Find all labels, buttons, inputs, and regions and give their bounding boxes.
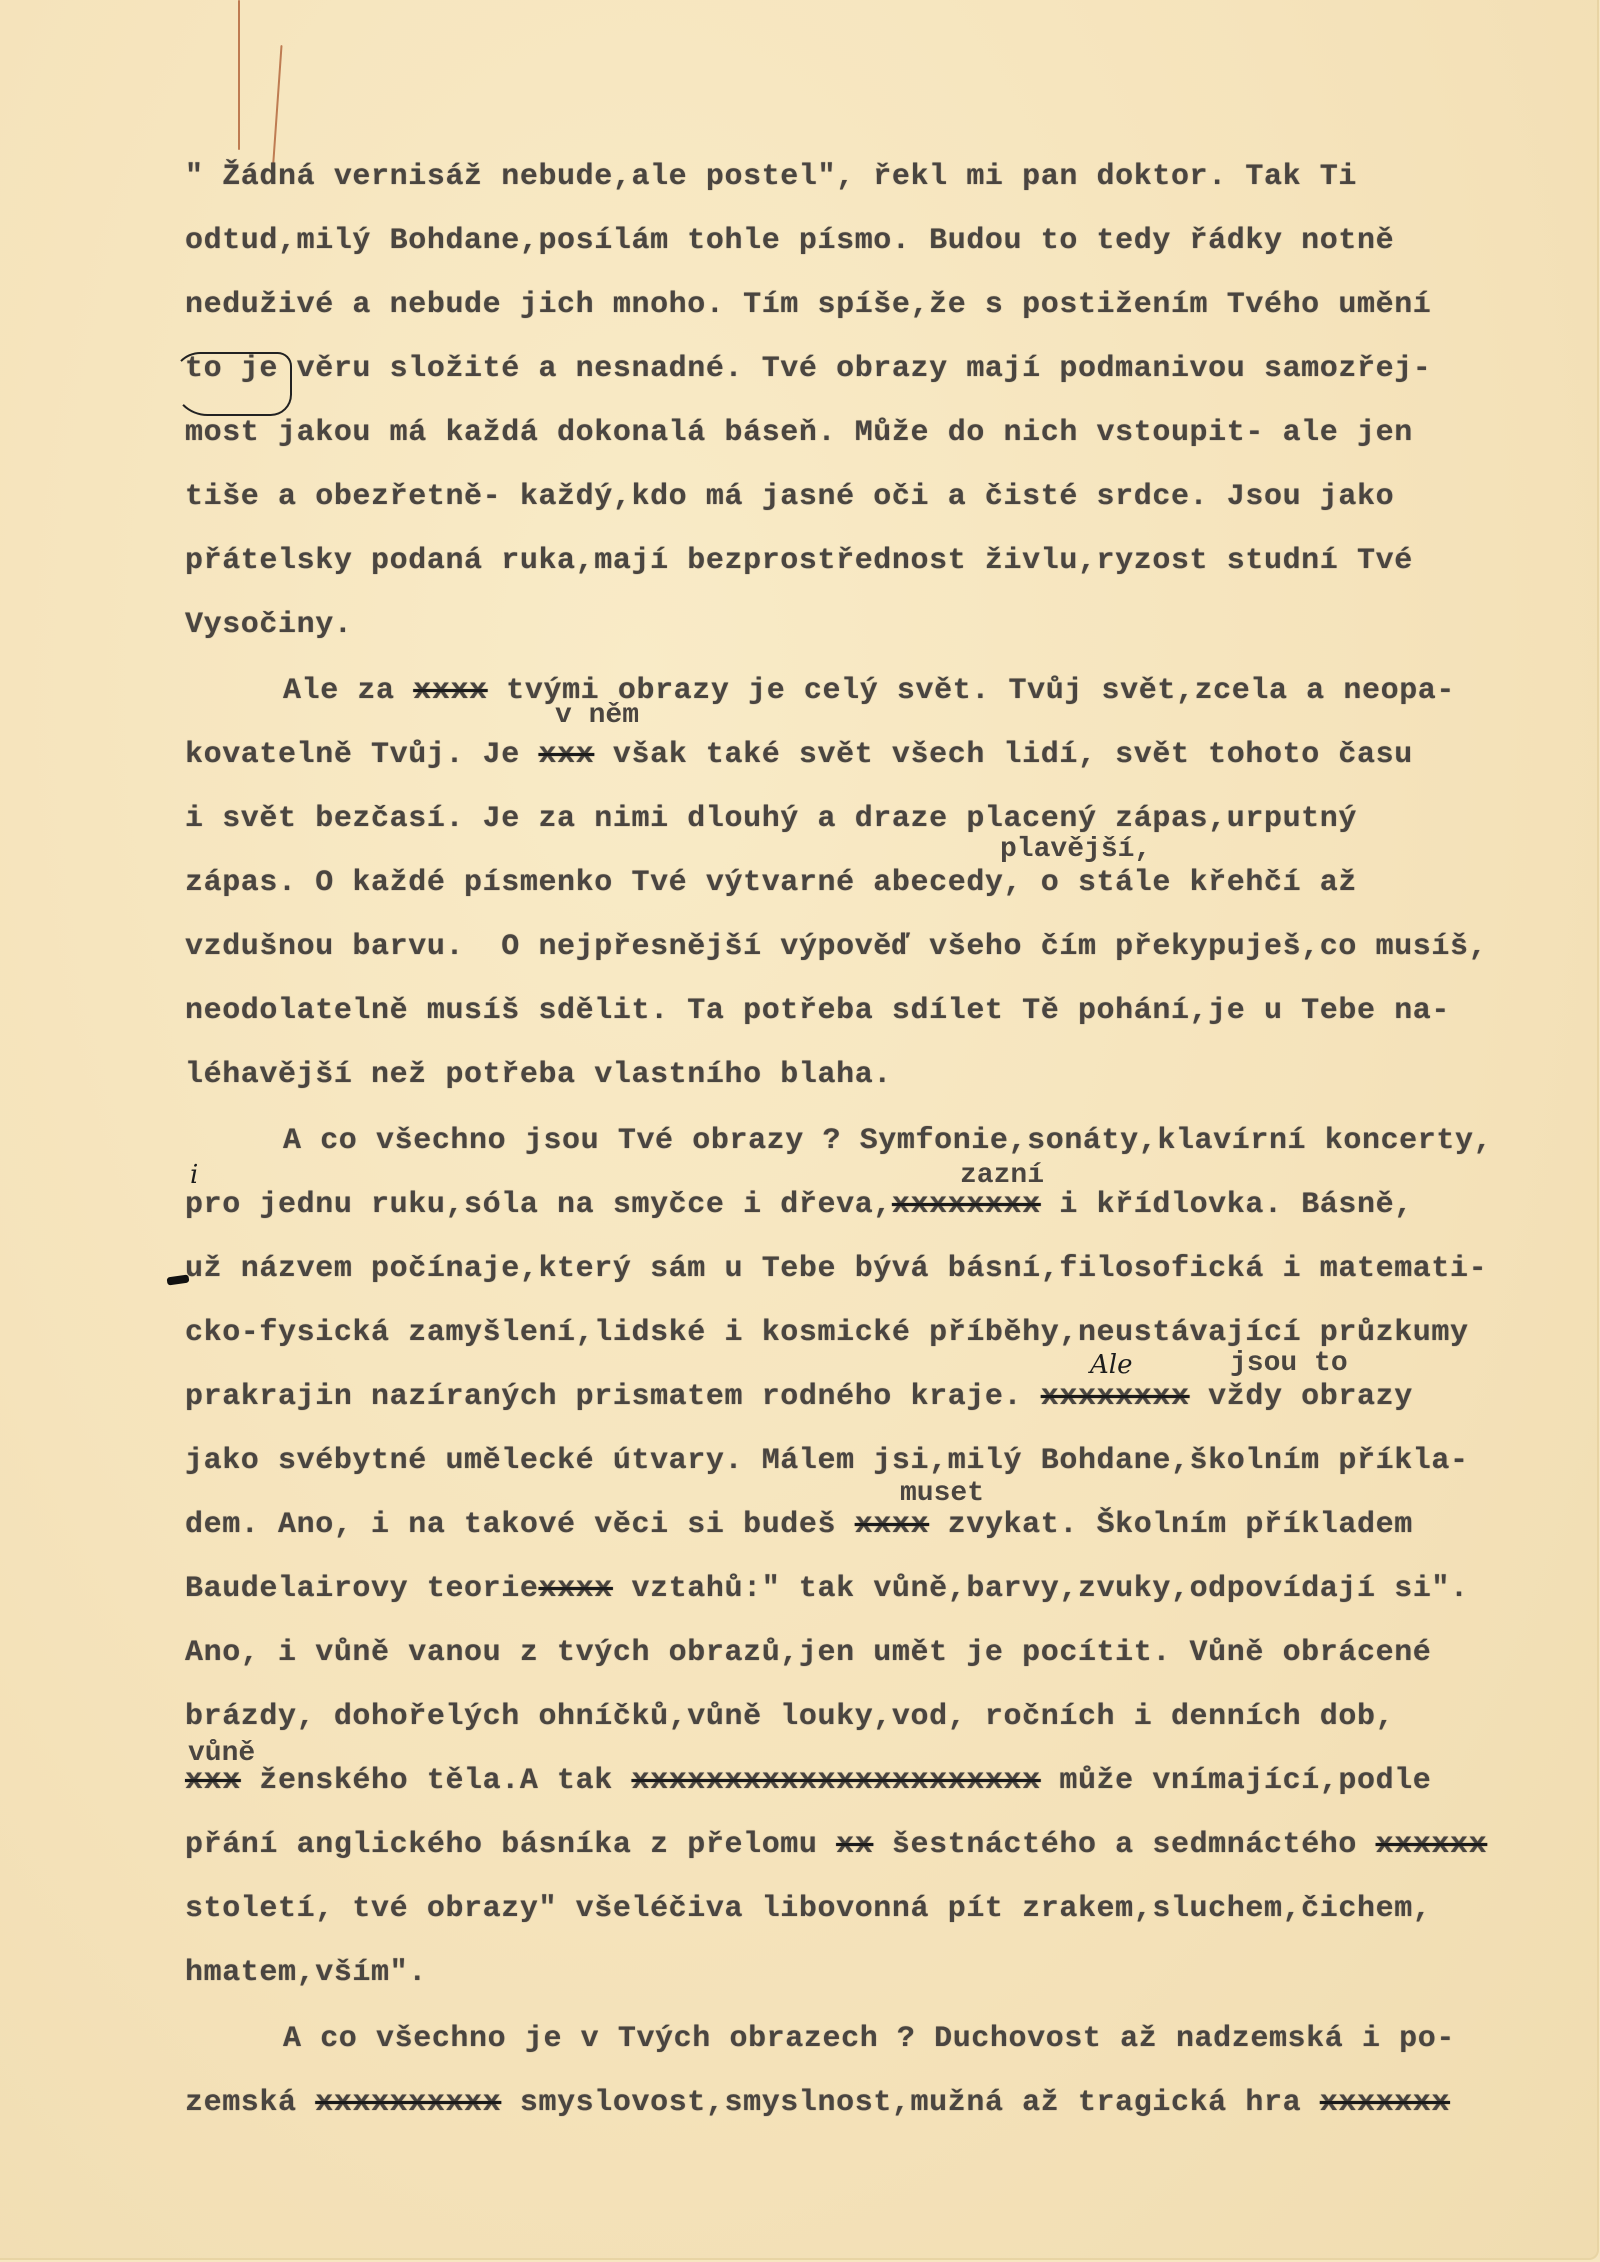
text-line: Vysočiny. — [185, 608, 352, 642]
text-line: A co všechno jsou Tvé obrazy ? Symfonie,… — [283, 1124, 1492, 1158]
handwritten-insertion: v něm — [555, 700, 639, 731]
text-line: A co všechno je v Tvých obrazech ? Ducho… — [283, 2022, 1455, 2056]
text-line: přátelsky podaná ruka,mají bezprostředno… — [185, 544, 1413, 578]
struck-out-word: xxxxxxxxxxxxxxxxxxxxxx — [631, 1764, 1040, 1798]
handwritten-insertion: Ale — [1090, 1350, 1132, 1380]
text-line: brázdy, dohořelých ohníčků,vůně louky,vo… — [185, 1700, 1394, 1734]
text-line: Ale za xxxx tvými obrazy je celý svět. T… — [283, 674, 1455, 708]
handwritten-insertion: zazní — [960, 1160, 1044, 1191]
struck-out-word: xxxxxxx — [1320, 2086, 1450, 2120]
struck-out-word: xxxxxx — [1376, 1828, 1488, 1862]
text-line: století, tvé obrazy" všeléčiva libovonná… — [185, 1892, 1431, 1926]
struck-out-word: xxxx — [413, 674, 487, 708]
text-line: zemská xxxxxxxxxx smyslovost,smyslnost,m… — [185, 2086, 1450, 2120]
text-line: Ano, i vůně vanou z tvých obrazů,jen umě… — [185, 1636, 1431, 1670]
text-line: Baudelairovy teoriexxxx vztahů:" tak vůn… — [185, 1572, 1469, 1606]
text-line: neodolatelně musíš sdělit. Ta potřeba sd… — [185, 994, 1450, 1028]
struck-out-word: xxxxxxxx — [1041, 1380, 1190, 1414]
text-line: " Žádná vernisáž nebude,ale postel", řek… — [185, 160, 1357, 194]
text-line: cko-fysická zamyšlení,lidské i kosmické … — [185, 1316, 1469, 1350]
text-line: prakrajin nazíraných prismatem rodného k… — [185, 1380, 1413, 1414]
text-line: kovatelně Tvůj. Je xxx však také svět vš… — [185, 738, 1413, 772]
struck-out-word: xxxx — [538, 1572, 612, 1606]
text-line: už názvem počínaje,který sám u Tebe bývá… — [185, 1252, 1487, 1286]
text-line: hmatem,vším". — [185, 1956, 427, 1990]
struck-out-word: xx — [836, 1828, 873, 1862]
pencil-mark — [238, 0, 240, 150]
text-line: vzdušnou barvu. O nejpřesnější výpověď v… — [185, 930, 1487, 964]
pencil-mark — [271, 45, 282, 175]
text-line: to je věru složité a nesnadné. Tvé obraz… — [185, 352, 1431, 386]
text-line: zápas. O každé písmenko Tvé výtvarné abe… — [185, 866, 1357, 900]
struck-out-word: xxx — [538, 738, 594, 772]
text-line: léhavější než potřeba vlastního blaha. — [185, 1058, 892, 1092]
struck-out-word: xxxxxxxx — [892, 1188, 1041, 1222]
text-line: pro jednu ruku,sóla na smyčce i dřeva,xx… — [185, 1188, 1413, 1222]
handwritten-insertion: vůně — [188, 1738, 255, 1769]
struck-out-word: xxx — [185, 1764, 241, 1798]
document-page: " Žádná vernisáž nebude,ale postel", řek… — [0, 0, 1599, 2260]
text-line: neduživé a nebude jich mnoho. Tím spíše,… — [185, 288, 1431, 322]
text-line: dem. Ano, i na takové věci si budeš xxxx… — [185, 1508, 1413, 1542]
struck-out-word: xxxxxxxxxx — [315, 2086, 501, 2120]
text-line: xxx ženského těla.A tak xxxxxxxxxxxxxxxx… — [185, 1764, 1431, 1798]
text-line: jako svébytné umělecké útvary. Málem jsi… — [185, 1444, 1469, 1478]
text-line: i svět bezčasí. Je za nimi dlouhý a draz… — [185, 802, 1357, 836]
text-line: most jakou má každá dokonalá báseň. Může… — [185, 416, 1413, 450]
text-line: tiše a obezřetně- každý,kdo má jasné oči… — [185, 480, 1394, 514]
text-line: odtud,milý Bohdane,posílám tohle písmo. … — [185, 224, 1394, 258]
handwritten-insertion: plavější, — [1000, 834, 1151, 865]
handwritten-insertion: muset — [900, 1478, 984, 1509]
text-line: přání anglického básníka z přelomu xx še… — [185, 1828, 1487, 1862]
struck-out-word: xxxx — [855, 1508, 929, 1542]
handwritten-insertion: i — [190, 1160, 198, 1190]
handwritten-insertion: jsou to — [1230, 1348, 1348, 1379]
